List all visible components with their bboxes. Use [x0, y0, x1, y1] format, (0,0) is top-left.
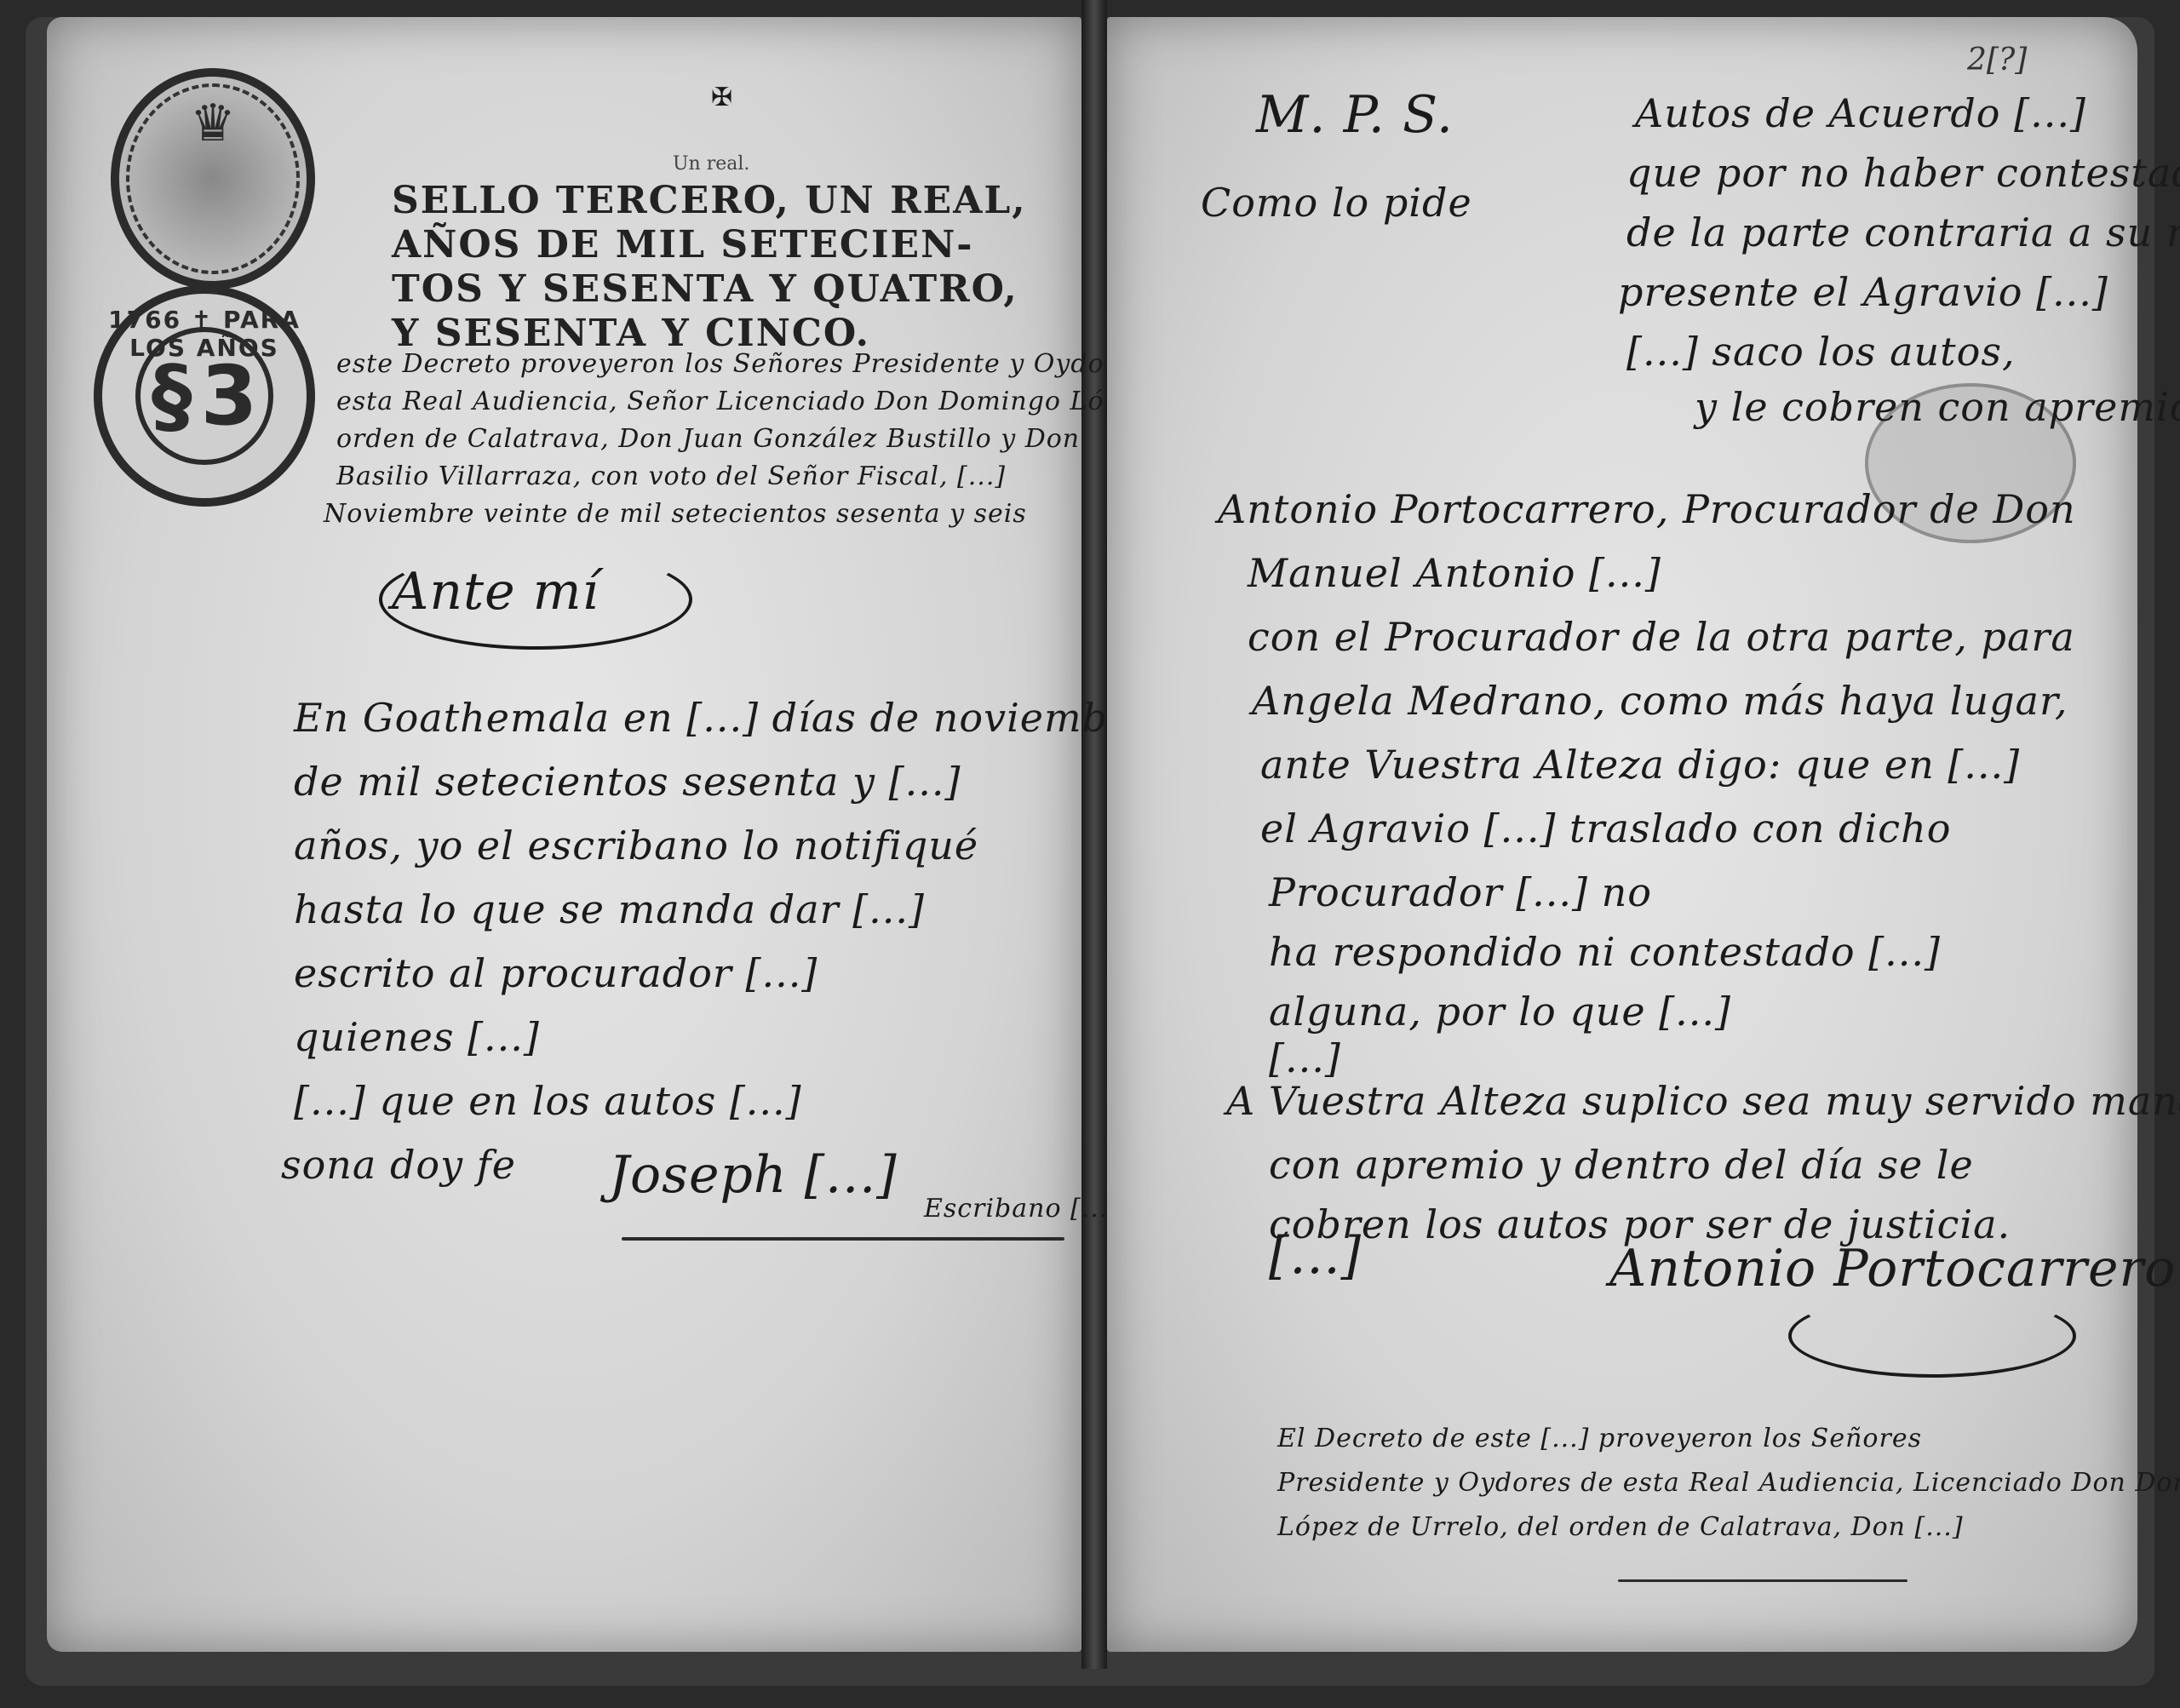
stamp-line: SELLO TERCERO, UN REAL,	[392, 179, 1073, 223]
footer-flourish	[1618, 1579, 1907, 1582]
body-line: escrito al procurador [...]	[294, 941, 817, 1006]
decree-line: Basilio Villarraza, con voto del Señor F…	[336, 460, 1006, 494]
procurator-signature: Antonio Portocarrero	[1609, 1239, 2176, 1298]
margin-salutation: M. P. S.	[1256, 85, 1454, 145]
folio-number: 2[?]	[1967, 43, 2027, 77]
body-line: [...] que en los autos [...]	[294, 1069, 802, 1133]
seal-number: 3	[201, 348, 258, 444]
section-mark: §	[152, 348, 192, 444]
margin-decree-line: y le cobren con apremio.	[1695, 375, 2180, 439]
petition-line: Manuel Antonio [...]	[1248, 541, 1661, 605]
body-line: años, yo el escribano lo notifiqué	[294, 813, 978, 878]
petition-line: Antonio Portocarrero, Procurador de Don	[1218, 477, 2076, 542]
signature-flourish	[1788, 1294, 2076, 1378]
petition-line: con el Procurador de la otra parte, para	[1248, 605, 2075, 669]
stamp-value-label: Un real.	[673, 153, 749, 175]
notary-title: Escribano [...]	[924, 1192, 1119, 1226]
decree-line: orden de Calatrava, Don Juan González Bu…	[336, 422, 1080, 456]
closing-mark: [...]	[1269, 1226, 1362, 1286]
petition-line: Procurador [...] no	[1269, 860, 1652, 925]
petition-line: el Agravio [...] traslado con dicho	[1260, 796, 1951, 861]
petition-line: Angela Medrano, como más haya lugar,	[1252, 668, 2068, 733]
stamped-paper-header: SELLO TERCERO, UN REAL, AÑOS DE MIL SETE…	[392, 179, 1073, 356]
body-line: de mil setecientos sesenta y [...]	[294, 749, 961, 814]
margin-decree-line: Autos de Acuerdo [...]	[1635, 81, 2086, 146]
footer-line: El Decreto de este [...] proveyeron los …	[1277, 1422, 1922, 1456]
seal-ring-text: 1766 ✝ PARA LOS AÑOS	[102, 306, 307, 362]
top-cross-mark: ✠	[711, 81, 733, 115]
footer-line: López de Urrelo, del orden de Calatrava,…	[1277, 1510, 1964, 1545]
margin-decree-line: presente el Agravio [...]	[1618, 260, 2108, 324]
signature-underline	[622, 1237, 1064, 1241]
closing-line: A Vuestra Alteza suplico sea muy servido…	[1226, 1069, 2180, 1133]
stamp-value-seal: 1766 ✝ PARA LOS AÑOS § 3	[94, 285, 315, 507]
petition-line: ha respondido ni contestado [...]	[1269, 920, 1941, 984]
body-line: quienes [...]	[294, 1005, 540, 1069]
royal-seal: ♛	[111, 68, 315, 289]
margin-decree-line: de la parte contraria a su respuesta	[1626, 200, 2180, 265]
stamp-line: AÑOS DE MIL SETECIEN-	[392, 223, 1073, 267]
book-gutter	[1081, 0, 1107, 1669]
margin-decree-line: que por no haber contestado	[1626, 140, 2180, 205]
body-line: hasta lo que se manda dar [...]	[294, 877, 925, 942]
notary-signature: Joseph [...]	[609, 1145, 898, 1205]
margin-as-requested: Como lo pide	[1201, 170, 1472, 235]
stamp-line: TOS Y SESENTA Y QUATRO,	[392, 267, 1073, 312]
petition-line: ante Vuestra Alteza digo: que en [...]	[1260, 732, 2020, 797]
footer-line: Presidente y Oydores de esta Real Audien…	[1277, 1466, 2180, 1500]
body-line: En Goathemala en [...] días de noviembre	[294, 685, 1151, 750]
closing-line: con apremio y dentro del día se le	[1269, 1132, 1974, 1197]
body-line: sona doy fe	[281, 1132, 516, 1197]
crown-coat-of-arms-icon: ♛	[190, 94, 236, 153]
decree-line: Noviembre veinte de mil setecientos sese…	[324, 497, 1027, 531]
rubric-flourish	[379, 549, 692, 650]
decree-line: este Decreto proveyeron los Señores Pres…	[336, 347, 1190, 381]
